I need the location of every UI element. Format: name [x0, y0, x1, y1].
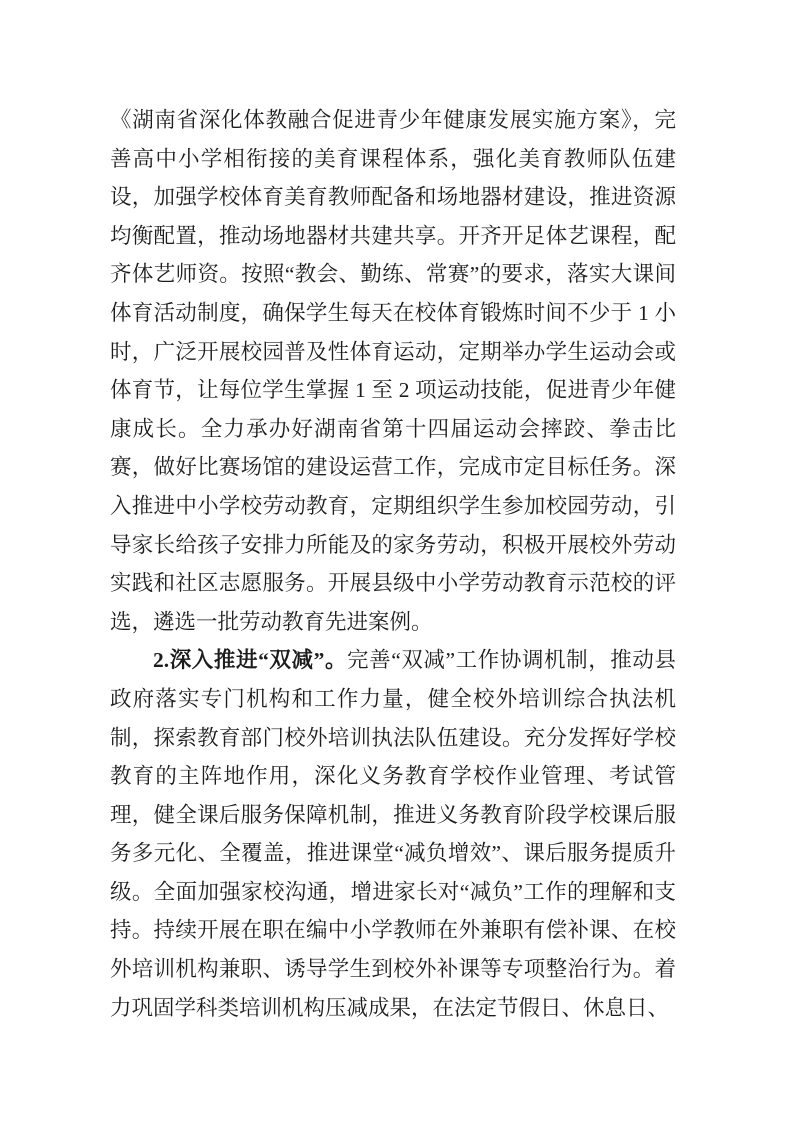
paragraph-1-text: 《湖南省深化体教融合促进青少年健康发展实施方案》，完善高中小学相衔接的美育课程体… — [110, 108, 676, 634]
document-page: 《湖南省深化体教融合促进青少年健康发展实施方案》，完善高中小学相衔接的美育课程体… — [0, 0, 793, 1122]
paragraph-2-bold-lead: 2.深入推进“双减”。 — [153, 648, 347, 672]
paragraph-2-text: 完善“双减”工作协调机制，推动县政府落实专门机构和工作力量，健全校外培训综合执法… — [110, 648, 676, 1019]
document-body: 《湖南省深化体教融合促进青少年健康发展实施方案》，完善高中小学相衔接的美育课程体… — [110, 101, 676, 1027]
paragraph-double-reduction: 2.深入推进“双减”。完善“双减”工作协调机制，推动县政府落实专门机构和工作力量… — [110, 641, 676, 1027]
paragraph-sports-arts-labor-education: 《湖南省深化体教融合促进青少年健康发展实施方案》，完善高中小学相衔接的美育课程体… — [110, 101, 676, 641]
